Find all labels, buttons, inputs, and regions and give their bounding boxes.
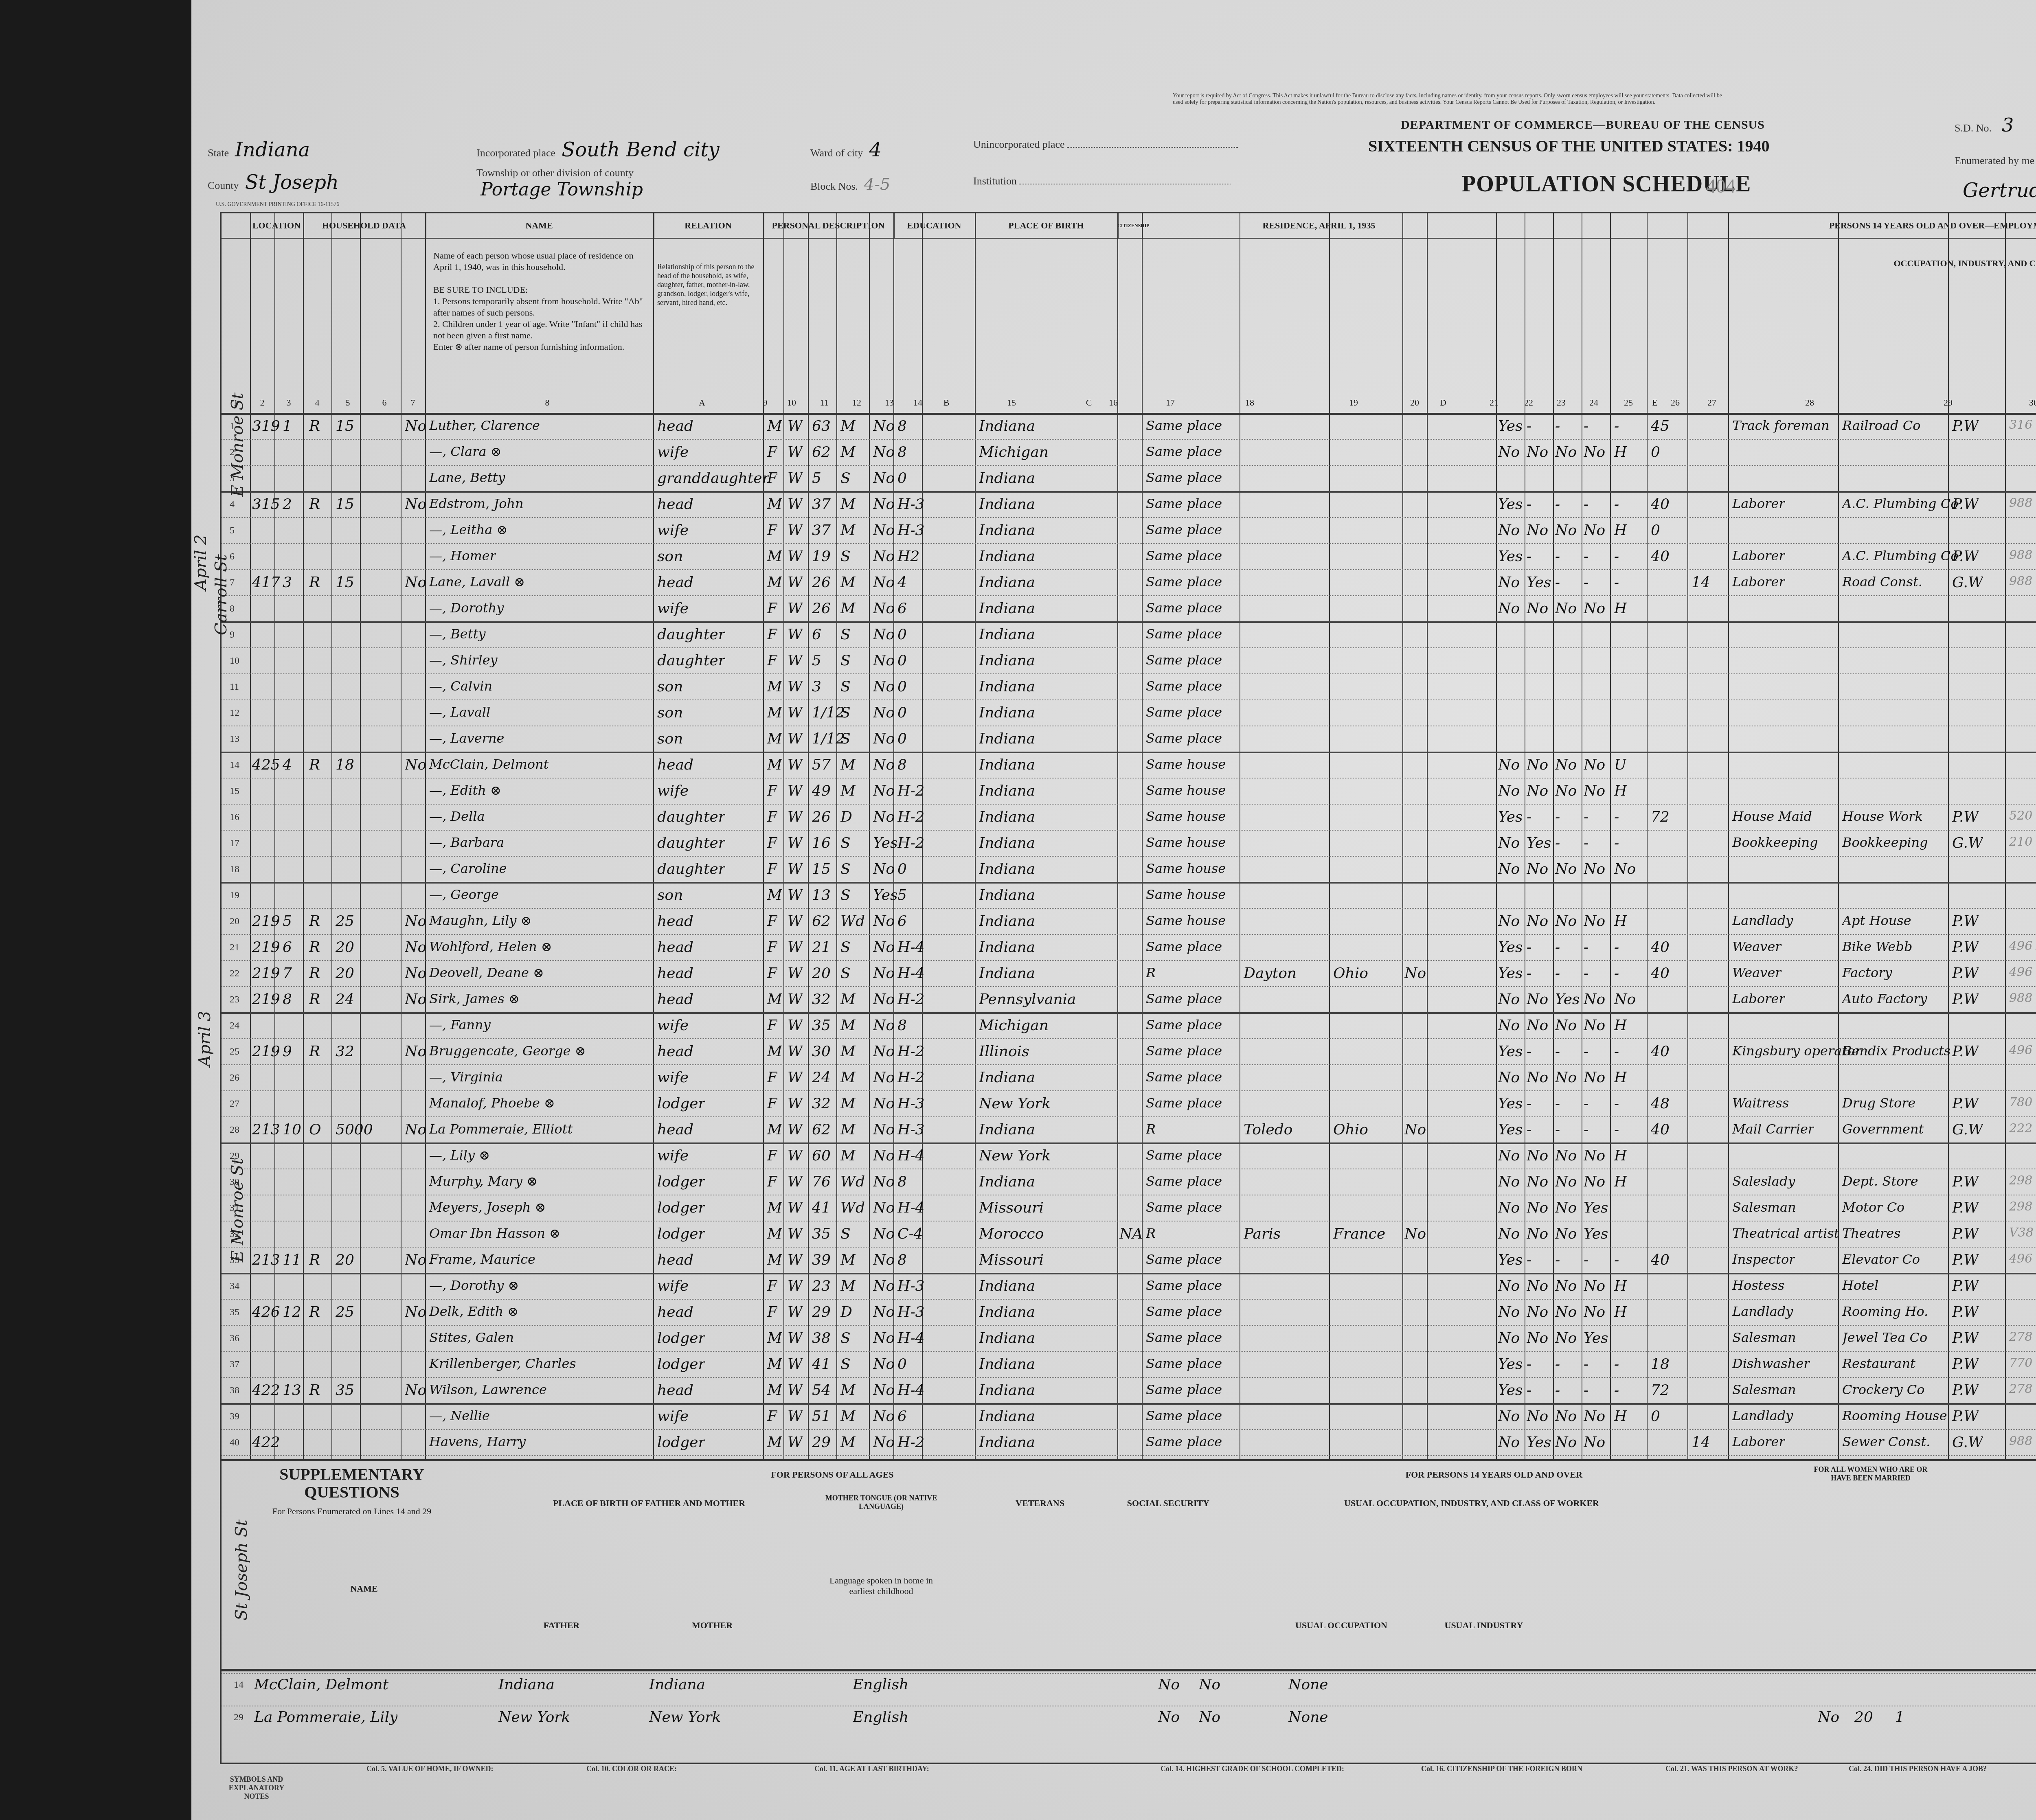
citizenship: NA xyxy=(1119,1226,1143,1242)
county-value: St Joseph xyxy=(245,171,339,194)
has-job: No xyxy=(1584,1173,1605,1190)
line-number: 12 xyxy=(230,708,239,719)
age: 38 xyxy=(812,1330,831,1346)
residence-1935: Same place xyxy=(1146,1382,1222,1397)
highest-grade: H-4 xyxy=(897,1199,924,1216)
seeking-work: No xyxy=(1555,757,1577,773)
race: W xyxy=(788,1382,803,1399)
race: W xyxy=(788,470,803,487)
township-field: Township or other division of county Por… xyxy=(476,167,680,200)
industry: Railroad Co xyxy=(1842,418,1920,433)
industry: Dept. Store xyxy=(1842,1173,1918,1189)
supp-women-married: No xyxy=(1818,1709,1839,1726)
birthplace: New York xyxy=(979,1095,1051,1112)
activity-code: H xyxy=(1614,1304,1627,1320)
enumerated-date-field: Enumerated by me on April 2 , 1940. xyxy=(1955,147,2036,169)
seeking-work: No xyxy=(1555,1278,1577,1294)
line-number: 39 xyxy=(230,1411,239,1422)
industry: Government xyxy=(1842,1121,1924,1137)
school-attendance: No xyxy=(873,1330,895,1346)
age: 39 xyxy=(812,1252,831,1268)
home-value: 15 xyxy=(336,574,354,591)
activity-code: - xyxy=(1614,835,1619,851)
weeks-unemployed: 14 xyxy=(1692,1434,1710,1451)
highest-grade: 0 xyxy=(897,678,907,695)
home-tenure: R xyxy=(309,418,320,434)
person-name: Deovell, Deane ⊗ xyxy=(429,965,544,980)
school-attendance: No xyxy=(873,470,895,487)
age: 6 xyxy=(812,626,821,643)
public-emergency-work: No xyxy=(1527,1408,1548,1425)
class-of-worker: G.W xyxy=(1952,1121,1983,1138)
home-tenure: O xyxy=(309,1121,321,1138)
highest-grade: H-2 xyxy=(897,783,924,799)
residence-1935: Same place xyxy=(1146,1330,1222,1345)
sex: F xyxy=(767,1408,777,1425)
seeking-work: No xyxy=(1555,522,1577,539)
race: W xyxy=(788,861,803,877)
activity-code: H xyxy=(1614,600,1627,617)
public-emergency-work: No xyxy=(1527,1147,1548,1164)
industry: Rooming Ho. xyxy=(1842,1304,1928,1319)
activity-code: - xyxy=(1614,1095,1619,1112)
seeking-work: No xyxy=(1555,1173,1577,1190)
highest-grade: 6 xyxy=(897,913,907,930)
race: W xyxy=(788,913,803,930)
table-row: 18—, CarolinedaughterFW15SNo0IndianaSame… xyxy=(222,858,2036,884)
residence-1935: Same house xyxy=(1146,887,1226,902)
public-emergency-work: - xyxy=(1527,1121,1531,1138)
has-job: - xyxy=(1584,548,1588,565)
person-name: McClain, Delmont xyxy=(429,757,549,772)
residence-1935: Same house xyxy=(1146,861,1226,876)
seeking-work: Yes xyxy=(1555,991,1580,1008)
supp-ss1: No xyxy=(1158,1709,1180,1726)
residence-1935: Same house xyxy=(1146,783,1226,798)
industry: Bookkeeping xyxy=(1842,835,1928,850)
birthplace: Indiana xyxy=(979,496,1035,513)
house-number: 219 xyxy=(252,965,280,982)
sex: M xyxy=(767,1043,782,1060)
race: W xyxy=(788,1043,803,1060)
person-name: Wilson, Lawrence xyxy=(429,1382,547,1397)
race: W xyxy=(788,730,803,747)
school-attendance: No xyxy=(873,1121,895,1138)
relation: wife xyxy=(657,1147,689,1164)
supp-children: 1 xyxy=(1895,1709,1904,1726)
person-name: Lane, Lavall ⊗ xyxy=(429,574,525,590)
school-attendance: No xyxy=(873,861,895,877)
occupation: Dishwasher xyxy=(1732,1356,1810,1371)
marital-status: M xyxy=(840,991,856,1008)
home-value: 15 xyxy=(336,418,354,434)
person-name: Manalof, Phoebe ⊗ xyxy=(429,1095,555,1111)
relation: wife xyxy=(657,1278,689,1294)
occupation: Landlady xyxy=(1732,1304,1793,1319)
department-title: DEPARTMENT OF COMMERCE—BUREAU OF THE CEN… xyxy=(1401,118,1765,132)
activity-code: H xyxy=(1614,444,1627,460)
race: W xyxy=(788,418,803,434)
line-number: 18 xyxy=(230,864,239,875)
hours-worked: 0 xyxy=(1651,522,1660,539)
highest-grade: H-3 xyxy=(897,1304,924,1320)
has-job: - xyxy=(1584,496,1588,513)
race: W xyxy=(788,496,803,513)
sex: M xyxy=(767,757,782,773)
school-attendance: No xyxy=(873,965,895,982)
seeking-work: No xyxy=(1555,1330,1577,1346)
school-attendance: No xyxy=(873,600,895,617)
school-attendance: Yes xyxy=(873,887,897,903)
seeking-work: No xyxy=(1555,1017,1577,1034)
block-field: Block Nos. 4-5 xyxy=(810,175,891,194)
occupation: Laborer xyxy=(1732,991,1785,1006)
supp-ss2: No xyxy=(1199,1676,1220,1693)
activity-code: H xyxy=(1614,1147,1627,1164)
school-attendance: No xyxy=(873,678,895,695)
has-job: No xyxy=(1584,600,1605,617)
marital-status: M xyxy=(840,783,856,799)
at-work: No xyxy=(1498,600,1520,617)
activity-code: - xyxy=(1614,809,1619,825)
marital-status: S xyxy=(840,835,851,851)
at-work: Yes xyxy=(1498,1252,1523,1268)
farm-residence: No xyxy=(405,496,426,513)
at-work: Yes xyxy=(1498,1043,1523,1060)
at-work: No xyxy=(1498,1173,1520,1190)
marital-status: M xyxy=(840,1278,856,1294)
person-name: —, Dorothy ⊗ xyxy=(429,1278,519,1293)
seeking-work: No xyxy=(1555,1304,1577,1320)
public-emergency-work: No xyxy=(1527,861,1548,877)
age: 62 xyxy=(812,444,831,460)
table-row: 8—, DorothywifeFW26MNo6IndianaSame place… xyxy=(222,598,2036,623)
sex: M xyxy=(767,548,782,565)
line-number: 11 xyxy=(230,682,239,693)
public-emergency-work: No xyxy=(1527,991,1548,1008)
birthplace: Indiana xyxy=(979,704,1035,721)
birthplace: Indiana xyxy=(979,626,1035,643)
hours-worked: 72 xyxy=(1651,809,1670,825)
race: W xyxy=(788,652,803,669)
class-of-worker: P.W xyxy=(1952,809,1979,825)
birthplace: Indiana xyxy=(979,1356,1035,1373)
institution-field: Institution xyxy=(973,175,1231,187)
birthplace: Indiana xyxy=(979,887,1035,903)
supp-language: English xyxy=(853,1676,908,1693)
sd-number-field: S.D. No. 3 xyxy=(1955,114,2014,136)
public-emergency-work: No xyxy=(1527,1069,1548,1086)
relation: wife xyxy=(657,1408,689,1425)
birthplace: Indiana xyxy=(979,757,1035,773)
relation: head xyxy=(657,939,693,956)
table-row: 31Meyers, Joseph ⊗lodgerMW41WdNoH-4Misso… xyxy=(222,1197,2036,1221)
public-emergency-work: No xyxy=(1527,1330,1548,1346)
residence-1935-county: Paris xyxy=(1244,1226,1281,1242)
table-row: 3321311R20NoFrame, MauriceheadMW39MNo8Mi… xyxy=(222,1249,2036,1274)
farm-residence: No xyxy=(405,939,426,956)
at-work: No xyxy=(1498,861,1520,877)
highest-grade: 0 xyxy=(897,704,907,721)
home-tenure: R xyxy=(309,1252,320,1268)
occupation-code: 988 V9 2 xyxy=(2009,574,2036,588)
activity-code: H xyxy=(1614,1173,1627,1190)
seeking-work: - xyxy=(1555,1121,1560,1138)
residence-1935: Same place xyxy=(1146,600,1222,616)
age: 24 xyxy=(812,1069,831,1086)
home-value: 20 xyxy=(336,939,354,956)
at-work: No xyxy=(1498,1226,1520,1242)
house-number: 425 xyxy=(252,757,280,773)
person-name: —, Homer xyxy=(429,548,496,564)
highest-grade: H-4 xyxy=(897,939,924,956)
seeking-work: - xyxy=(1555,574,1560,591)
at-work: No xyxy=(1498,1147,1520,1164)
sex: F xyxy=(767,939,777,956)
birthplace: Indiana xyxy=(979,1382,1035,1399)
house-number: 417 xyxy=(252,574,280,591)
table-row: 43152R15NoEdstrom, JohnheadMW37MNoH-3Ind… xyxy=(222,493,2036,518)
sex: M xyxy=(767,1356,782,1373)
has-job: Yes xyxy=(1584,1199,1608,1216)
sex: M xyxy=(767,1434,782,1451)
public-emergency-work: Yes xyxy=(1527,574,1551,591)
marital-status: S xyxy=(840,1226,851,1242)
has-job: No xyxy=(1584,757,1605,773)
race: W xyxy=(788,1095,803,1112)
highest-grade: 0 xyxy=(897,652,907,669)
industry: Crockery Co xyxy=(1842,1382,1925,1397)
highest-grade: 8 xyxy=(897,418,907,434)
line-number: 21 xyxy=(230,942,239,953)
school-attendance: No xyxy=(873,1043,895,1060)
age: 62 xyxy=(812,1121,831,1138)
residence-1935: Same place xyxy=(1146,704,1222,720)
seeking-work: No xyxy=(1555,600,1577,617)
person-name: —, Lily ⊗ xyxy=(429,1147,490,1163)
class-of-worker: P.W xyxy=(1952,496,1979,513)
marital-status: S xyxy=(840,652,851,669)
marital-status: Wd xyxy=(840,1173,865,1190)
has-job: - xyxy=(1584,1043,1588,1060)
house-number: 319 xyxy=(252,418,280,434)
public-emergency-work: No xyxy=(1527,757,1548,773)
supp-name: McClain, Delmont xyxy=(254,1676,388,1693)
public-emergency-work: No xyxy=(1527,1017,1548,1034)
home-value: 5000 xyxy=(336,1121,373,1138)
has-job: - xyxy=(1584,939,1588,956)
highest-grade: 8 xyxy=(897,1173,907,1190)
residence-1935: Same place xyxy=(1146,678,1222,694)
highest-grade: 8 xyxy=(897,1252,907,1268)
sex: M xyxy=(767,1382,782,1399)
school-attendance: No xyxy=(873,626,895,643)
sex: M xyxy=(767,991,782,1008)
relation: lodger xyxy=(657,1199,705,1216)
school-attendance: No xyxy=(873,444,895,460)
industry: Rooming House xyxy=(1842,1408,1947,1423)
marital-status: M xyxy=(840,1043,856,1060)
seeking-work: No xyxy=(1555,1408,1577,1425)
school-attendance: No xyxy=(873,704,895,721)
family-number: 10 xyxy=(283,1121,301,1138)
highest-grade: 5 xyxy=(897,887,907,903)
public-emergency-work: No xyxy=(1527,1199,1548,1216)
home-value: 18 xyxy=(336,757,354,773)
occupation-code: 496 44 1 xyxy=(2009,965,2036,979)
residence-1935: Same place xyxy=(1146,1252,1222,1267)
family-number: 13 xyxy=(283,1382,301,1399)
person-name: Luther, Clarence xyxy=(429,418,540,433)
person-name: Maughn, Lily ⊗ xyxy=(429,913,531,928)
age: 5 xyxy=(812,470,821,487)
race: W xyxy=(788,444,803,460)
table-row: 19—, GeorgesonMW13SYes5IndianaSame house… xyxy=(222,884,2036,909)
race: W xyxy=(788,1173,803,1190)
school-attendance: No xyxy=(873,418,895,434)
age: 26 xyxy=(812,574,831,591)
margin-date-april-2: April 2 xyxy=(191,535,210,590)
sex: F xyxy=(767,1069,777,1086)
age: 3 xyxy=(812,678,821,695)
highest-grade: H-3 xyxy=(897,1095,924,1112)
at-work: Yes xyxy=(1498,1095,1523,1112)
relation: lodger xyxy=(657,1434,705,1451)
birthplace: Indiana xyxy=(979,1434,1035,1451)
table-row: 26—, VirginiawifeFW24MNoH-2IndianaSame p… xyxy=(222,1067,2036,1091)
residence-1935: Same place xyxy=(1146,1278,1222,1293)
age: 32 xyxy=(812,1095,831,1112)
home-tenure: R xyxy=(309,496,320,513)
public-emergency-work: No xyxy=(1527,444,1548,460)
sex: F xyxy=(767,444,777,460)
school-attendance: No xyxy=(873,496,895,513)
residence-1935: R xyxy=(1146,965,1156,980)
family-number: 3 xyxy=(283,574,292,591)
line-number: 14 xyxy=(230,760,239,771)
marital-status: M xyxy=(840,418,856,434)
highest-grade: 0 xyxy=(897,1356,907,1373)
has-job: No xyxy=(1584,1278,1605,1294)
industry: A.C. Plumbing Co xyxy=(1842,548,1958,564)
family-number: 12 xyxy=(283,1304,301,1320)
farm-residence: No xyxy=(405,991,426,1008)
confidentiality-notice: Your report is required by Act of Congre… xyxy=(1173,93,1722,106)
race: W xyxy=(788,1199,803,1216)
sex: M xyxy=(767,704,782,721)
class-of-worker: P.W xyxy=(1952,1330,1979,1346)
relation: wife xyxy=(657,1017,689,1034)
highest-grade: H-4 xyxy=(897,1147,924,1164)
person-name: Murphy, Mary ⊗ xyxy=(429,1173,538,1189)
occupation-code: 210 91 2 xyxy=(2009,835,2036,849)
residence-1935: Same place xyxy=(1146,939,1222,954)
residence-1935: Same place xyxy=(1146,418,1222,433)
occupation: Salesman xyxy=(1732,1382,1796,1397)
has-job: - xyxy=(1584,1121,1588,1138)
at-work: No xyxy=(1498,1069,1520,1086)
sex: F xyxy=(767,861,777,877)
industry: Jewel Tea Co xyxy=(1842,1330,1927,1345)
school-attendance: No xyxy=(873,1147,895,1164)
home-tenure: R xyxy=(309,757,320,773)
has-job: - xyxy=(1584,418,1588,434)
industry: Elevator Co xyxy=(1842,1252,1920,1267)
printer-mark: U.S. GOVERNMENT PRINTING OFFICE 16-11576 xyxy=(216,202,339,208)
has-job: No xyxy=(1584,522,1605,539)
birthplace: Michigan xyxy=(979,1017,1049,1034)
age: 57 xyxy=(812,757,831,773)
activity-code: H xyxy=(1614,1408,1627,1425)
relation: lodger xyxy=(657,1330,705,1346)
age: 5 xyxy=(812,652,821,669)
relation-instructions: Relationship of this person to the head … xyxy=(657,262,755,307)
highest-grade: H-3 xyxy=(897,1121,924,1138)
house-number: 213 xyxy=(252,1252,280,1268)
relation: wife xyxy=(657,444,689,460)
school-attendance: No xyxy=(873,783,895,799)
sex: M xyxy=(767,574,782,591)
group-relation: RELATION xyxy=(653,213,764,238)
supp-language: English xyxy=(853,1709,908,1726)
age: 23 xyxy=(812,1278,831,1294)
school-attendance: No xyxy=(873,1069,895,1086)
seeking-work: - xyxy=(1555,939,1560,956)
sex: F xyxy=(767,809,777,825)
residence-1935: Same place xyxy=(1146,1434,1222,1449)
sex: F xyxy=(767,600,777,617)
seeking-work: - xyxy=(1555,418,1560,434)
group-education: EDUCATION xyxy=(893,213,976,238)
supplementary-row: 14 McClain, Delmont Indiana Indiana Engl… xyxy=(222,1673,2036,1701)
occupation-code: 496 39 1 xyxy=(2009,1043,2036,1057)
relation: granddaughter xyxy=(657,470,769,487)
highest-grade: 6 xyxy=(897,1408,907,1425)
marital-status: M xyxy=(840,1017,856,1034)
table-row: 232198R24NoSirk, James ⊗headMW32MNoH-2Pe… xyxy=(222,989,2036,1014)
person-name: La Pommeraie, Elliott xyxy=(429,1121,573,1137)
at-work: No xyxy=(1498,991,1520,1008)
table-row: 252199R32NoBruggencate, George ⊗headMW30… xyxy=(222,1041,2036,1065)
group-employment: PERSONS 14 YEARS OLD AND OVER—EMPLOYMENT… xyxy=(1496,213,2036,238)
occupation: Mail Carrier xyxy=(1732,1121,1814,1137)
supp-usual-occupation: None xyxy=(1288,1676,1328,1693)
occupation: Track foreman xyxy=(1732,418,1830,433)
highest-grade: H-3 xyxy=(897,522,924,539)
residence-1935: Same place xyxy=(1146,574,1222,590)
activity-code: - xyxy=(1614,574,1619,591)
marital-status: S xyxy=(840,730,851,747)
symbols-label: SYMBOLS AND EXPLANATORY NOTES xyxy=(220,1775,293,1801)
supplementary-row: 29 La Pommeraie, Lily New York New York … xyxy=(222,1706,2036,1733)
age: 1/12 xyxy=(812,730,845,747)
table-row: 15—, Edith ⊗wifeFW49MNoH-2IndianaSame ho… xyxy=(222,780,2036,805)
sex: F xyxy=(767,1017,777,1034)
group-birthplace: PLACE OF BIRTH xyxy=(975,213,1119,238)
sex: F xyxy=(767,1304,777,1320)
class-of-worker: P.W xyxy=(1952,1095,1979,1112)
supp-ss2: No xyxy=(1199,1709,1220,1726)
occupation-code: 496 X8 1 xyxy=(2009,939,2036,953)
occupation: Waitress xyxy=(1732,1095,1789,1111)
home-value: 32 xyxy=(336,1043,354,1060)
age: 26 xyxy=(812,809,831,825)
relation: wife xyxy=(657,1069,689,1086)
at-work: Yes xyxy=(1498,418,1523,434)
birthplace: Michigan xyxy=(979,444,1049,460)
name-instructions: Name of each person whose usual place of… xyxy=(433,250,645,353)
residence-1935-state: France xyxy=(1333,1226,1385,1242)
